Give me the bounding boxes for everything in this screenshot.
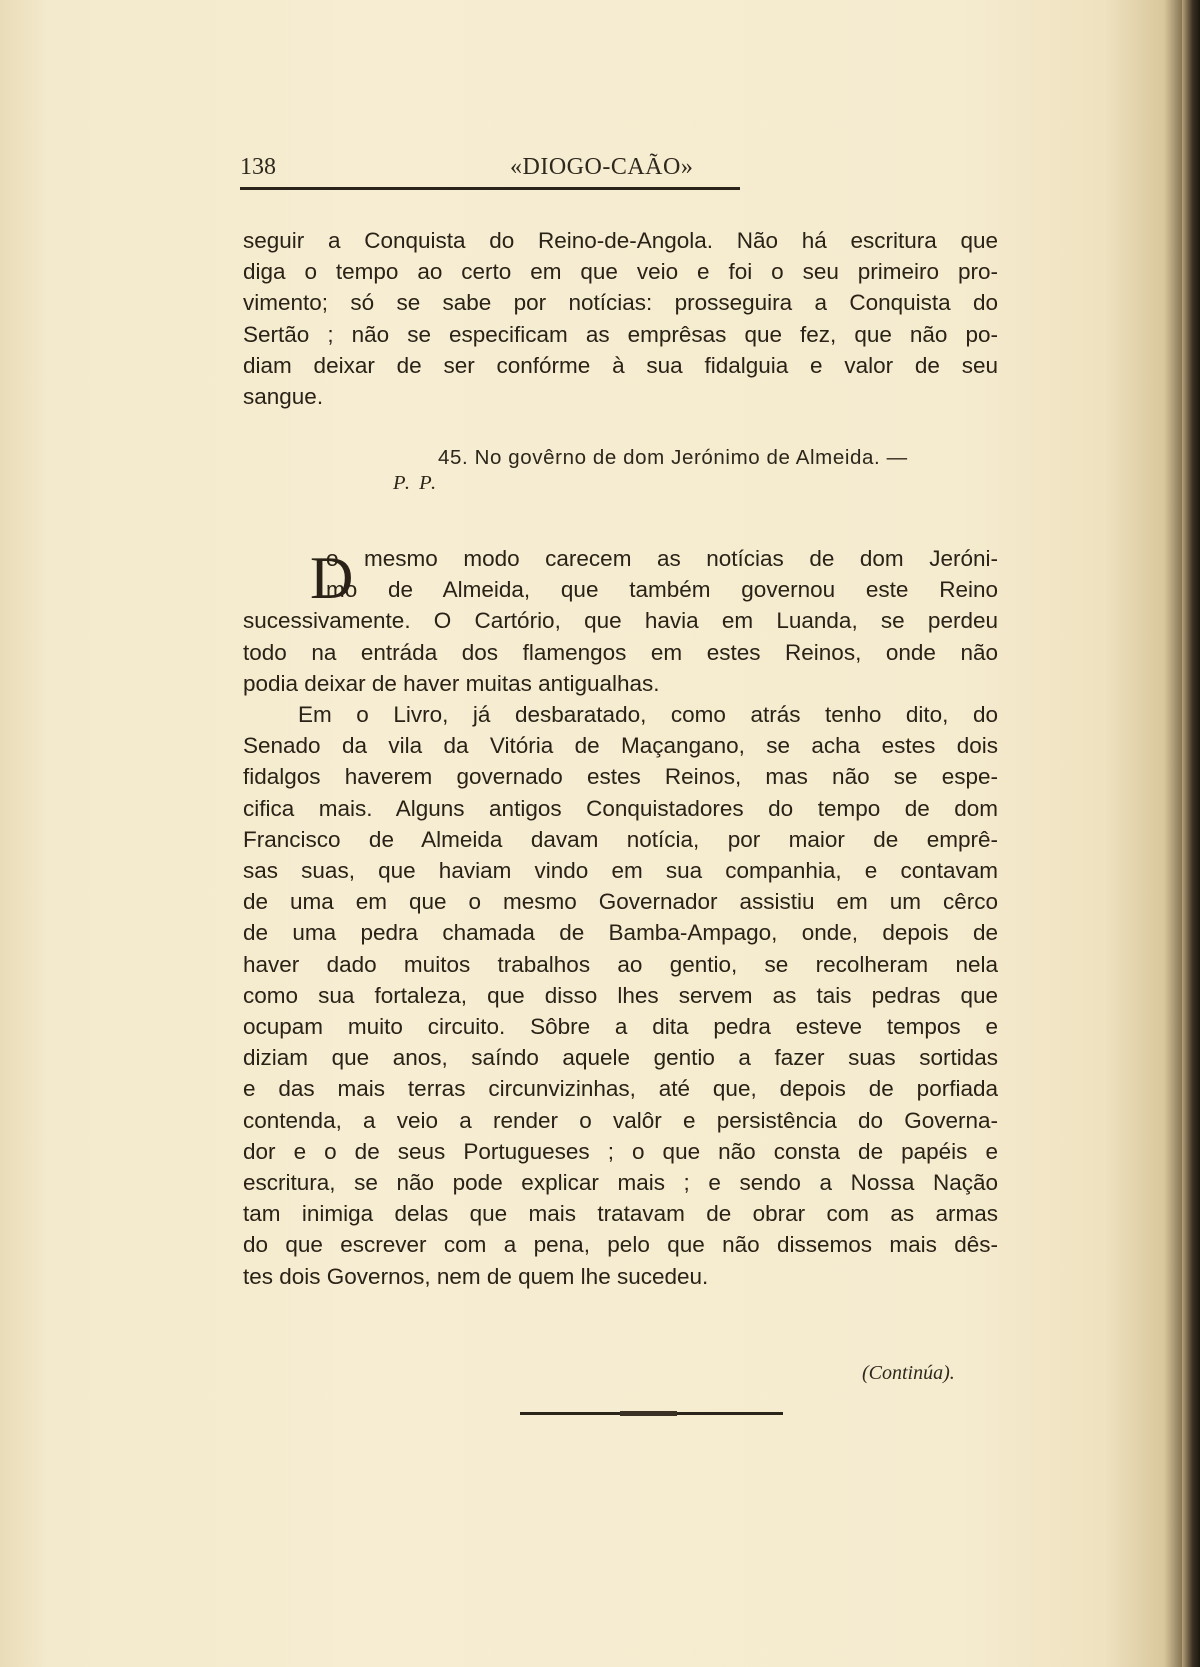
ornament-bar-left [520, 1412, 620, 1415]
text-line: tes dois Governos, nem de quem lhe suced… [243, 1261, 998, 1292]
page-number: 138 [240, 154, 276, 181]
text-line: de uma em que o mesmo Governador assisti… [243, 886, 998, 917]
text-line: de uma pedra chamada de Bamba-Ampago, on… [243, 917, 998, 948]
text-line: tam inimiga delas que mais tratavam de o… [243, 1198, 998, 1229]
text-line: fidalgos haverem governado estes Reinos,… [243, 761, 998, 792]
text-line: Francisco de Almeida davam notícia, por … [243, 824, 998, 855]
paragraph-2: o mesmo modo carecem as notícias de dom … [243, 543, 998, 1292]
text-line: cifica mais. Alguns antigos Conquistador… [243, 793, 998, 824]
end-ornament-rule [520, 1411, 783, 1416]
book-spine-edge [1182, 0, 1200, 1667]
text-line: vimento; só se sabe por notícias: prosse… [243, 287, 998, 318]
text-line: diam deixar de ser confórme à sua fidalg… [243, 350, 998, 381]
text-line: diga o tempo ao certo em que veio e foi … [243, 256, 998, 287]
text-line: podia deixar de haver muitas antigualhas… [243, 668, 998, 699]
text-line: ocupam muito circuito. Sôbre a dita pedr… [243, 1011, 998, 1042]
running-title: «DIOGO-CAÃO» [510, 154, 693, 181]
text-line: e das mais terras circunvizinhas, até qu… [243, 1073, 998, 1104]
text-line: como sua fortaleza, que disso lhes serve… [243, 980, 998, 1011]
text-line: dor e o de seus Portugueses ; o que não … [243, 1136, 998, 1167]
section-author: P. P. [393, 472, 438, 495]
text-line: haver dado muitos trabalhos ao gentio, s… [243, 949, 998, 980]
page-header: 138 «DIOGO-CAÃO» [240, 150, 740, 186]
text-line: sas suas, que haviam vindo em sua compan… [243, 855, 998, 886]
text-line: sucessivamente. O Cartório, que havia em… [243, 605, 998, 636]
text-line: Sertão ; não se especificam as emprêsas … [243, 319, 998, 350]
continued-note: (Continúa). [862, 1362, 955, 1385]
text-line: Senado da vila da Vitória de Maçangano, … [243, 730, 998, 761]
text-line: mo de Almeida, que também governou este … [243, 574, 998, 605]
text-line: escritura, se não pode explicar mais ; e… [243, 1167, 998, 1198]
text-line: o mesmo modo carecem as notícias de dom … [243, 543, 998, 574]
text-line: contenda, a veio a render o valôr e pers… [243, 1105, 998, 1136]
ornament-center [620, 1411, 677, 1416]
text-line: seguir a Conquista do Reino-de-Angola. N… [243, 225, 998, 256]
text-line: sangue. [243, 381, 998, 412]
section-heading: 45. No govêrno de dom Jerónimo de Almeid… [438, 446, 908, 470]
text-line: do que escrever com a pena, pelo que não… [243, 1229, 998, 1260]
text-line: diziam que anos, saíndo aquele gentio a … [243, 1042, 998, 1073]
ornament-bar-right [677, 1412, 783, 1415]
header-rule [240, 187, 740, 190]
text-line: todo na entráda dos flamengos em estes R… [243, 637, 998, 668]
paragraph-1: seguir a Conquista do Reino-de-Angola. N… [243, 225, 998, 412]
text-line: Em o Livro, já desbaratado, como atrás t… [243, 699, 998, 730]
